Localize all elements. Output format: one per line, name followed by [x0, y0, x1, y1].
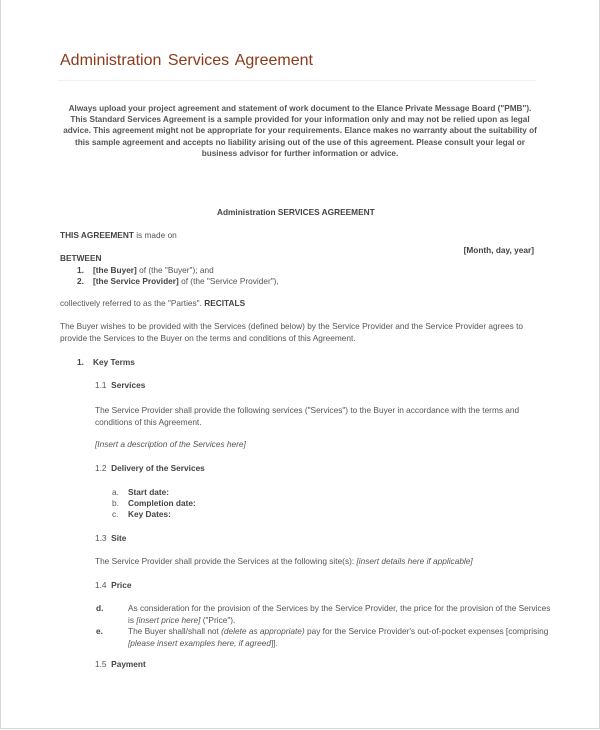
party-detail: of (the "Service Provider"), [179, 276, 279, 286]
section-1-heading: 1.Key Terms [77, 357, 135, 367]
expenses-text: The Buyer shall/shall not [128, 626, 221, 636]
subsection-title: Site [111, 533, 126, 543]
section-1-3-heading: 1.3 Site [95, 533, 126, 543]
recitals-heading: RECITALS [204, 298, 245, 308]
party-2: 2.[the Service Provider] of (the "Servic… [77, 276, 279, 286]
expenses-text-end: ]]. [271, 638, 278, 648]
subsection-title: Price [111, 580, 131, 590]
item-letter: e. [112, 626, 128, 638]
section-1-2-heading: 1.2 Delivery of the Services [95, 463, 205, 473]
notice-line-1: Always upload your project agreement and… [60, 103, 540, 114]
document-title: Administration Services Agreement [60, 52, 313, 70]
subsection-title: Services [111, 380, 145, 390]
services-text: The Service Provider shall provide the f… [95, 405, 540, 428]
subsection-number: 1.2 [95, 463, 107, 473]
subsection-number: 1.4 [95, 580, 107, 590]
item-letter: b. [112, 498, 128, 508]
subsection-number: 1.3 [95, 533, 107, 543]
party-1: 1.[the Buyer] of (the "Buyer"); and [77, 265, 214, 275]
party-name: [the Buyer] [93, 265, 137, 275]
section-number: 1. [77, 357, 93, 367]
expenses-placeholder: [please insert examples here, if agreed [128, 638, 271, 648]
price-text-end: ("Price"). [200, 615, 235, 625]
price-placeholder: [insert price here] [136, 615, 200, 625]
section-1-5-heading: 1.5 Payment [95, 659, 146, 669]
expenses-item-e: e.The Buyer shall/shall not (delete as a… [112, 626, 553, 649]
title-divider [58, 80, 536, 81]
date-placeholder: [Month, day, year] [464, 245, 534, 255]
recital-text: The Buyer wishes to be provided with the… [60, 321, 540, 344]
this-agreement-label: THIS AGREEMENT [60, 230, 134, 240]
site-placeholder: [insert details here if applicable] [356, 556, 472, 566]
party-number: 1. [77, 265, 93, 275]
expenses-text-2: pay for the Service Provider's out-of-po… [305, 626, 549, 636]
delivery-item: a.Start date: [112, 487, 169, 497]
site-text: The Service Provider shall provide the S… [95, 556, 473, 566]
party-detail: of (the "Buyer"); and [137, 265, 214, 275]
between-label: BETWEEN [60, 253, 102, 263]
item-letter: d. [112, 603, 128, 615]
upload-notice: Always upload your project agreement and… [60, 103, 540, 159]
item-label: Key Dates: [128, 509, 171, 519]
subsection-title: Payment [111, 659, 146, 669]
item-label: Completion date: [128, 498, 196, 508]
delivery-item: b.Completion date: [112, 498, 196, 508]
services-placeholder: [Insert a description of the Services he… [95, 439, 246, 449]
section-1-1-heading: 1.1 Services [95, 380, 145, 390]
parties-recitals: collectively referred to as the "Parties… [60, 298, 245, 308]
site-sentence: The Service Provider shall provide the S… [95, 556, 356, 566]
party-name: [the Service Provider] [93, 276, 179, 286]
subsection-number: 1.1 [95, 380, 107, 390]
expenses-note: (delete as appropriate) [221, 626, 304, 636]
section-title: Key Terms [93, 357, 135, 367]
item-label: Start date: [128, 487, 169, 497]
notice-line-2: This Standard Services Agreement is a sa… [60, 114, 540, 159]
collectively-text: collectively referred to as the "Parties… [60, 298, 204, 308]
section-1-4-heading: 1.4 Price [95, 580, 131, 590]
agreement-made-on: THIS AGREEMENT is made on [60, 230, 177, 240]
delivery-item: c.Key Dates: [112, 509, 171, 519]
subsection-number: 1.5 [95, 659, 107, 669]
party-number: 2. [77, 276, 93, 286]
made-on-text: is made on [134, 230, 177, 240]
item-letter: a. [112, 487, 128, 497]
price-item-d: d.As consideration for the provision of … [112, 603, 553, 626]
item-letter: c. [112, 509, 128, 519]
subsection-title: Delivery of the Services [111, 463, 205, 473]
agreement-heading: Administration SERVICES AGREEMENT [217, 207, 375, 217]
